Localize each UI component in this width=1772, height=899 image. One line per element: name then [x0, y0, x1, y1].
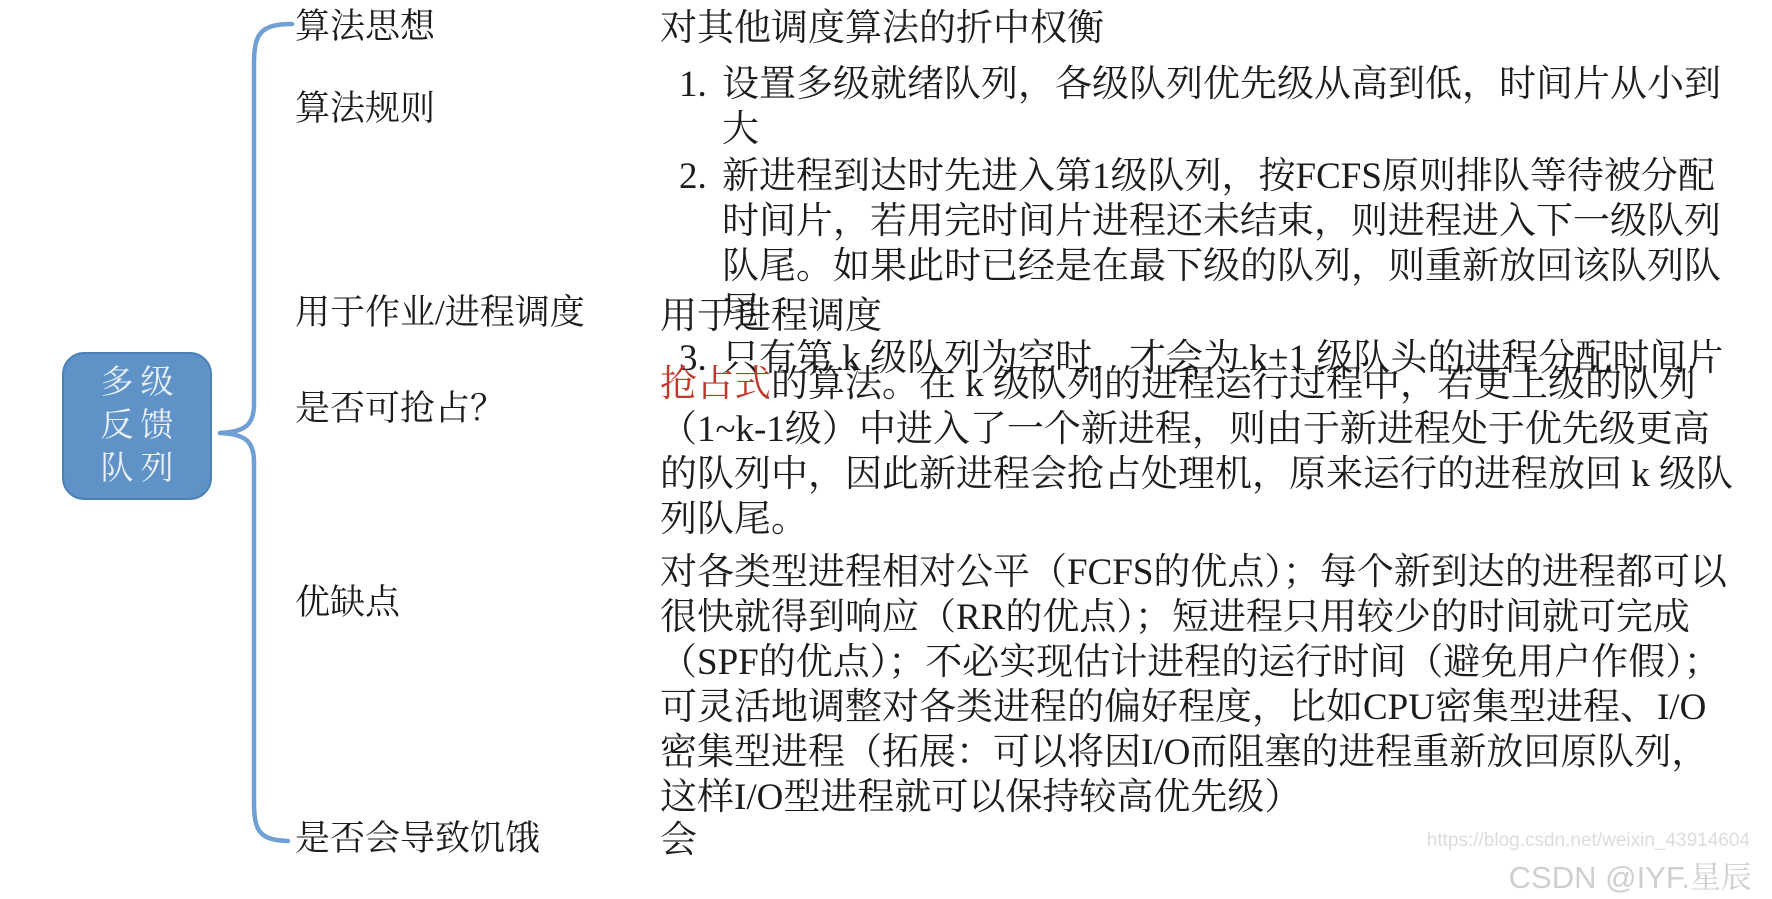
content-pros-cons: 对各类型进程相对公平（FCFS的优点）；每个新到达的进程都可以很快就得到响应（R…	[660, 550, 1735, 820]
watermark-url: https://blog.csdn.net/weixin_43914604	[1427, 830, 1750, 852]
root-node-line-3: 队列	[94, 448, 181, 491]
content-preemptive: 抢占式的算法。在 k 级队列的进程运行过程中，若更上级的队列（1~k-1级）中进…	[660, 362, 1735, 542]
root-node-line-1: 多级	[94, 362, 181, 405]
label-pros-cons: 优缺点	[295, 582, 400, 624]
root-node: 多级 反馈 队列	[62, 352, 212, 500]
watermark-csdn-handle: CSDN @IYF.星辰	[1509, 852, 1752, 897]
label-starvation: 是否会导致饥饿	[295, 818, 540, 860]
content-scheduling-scope: 用于进程调度	[660, 294, 1735, 339]
root-node-line-2: 反馈	[94, 405, 181, 448]
content-algorithm-idea: 对其他调度算法的折中权衡	[660, 6, 1735, 51]
brace-path	[220, 24, 292, 841]
label-algorithm-idea: 算法思想	[295, 6, 435, 48]
label-preemptive: 是否可抢占？	[295, 388, 505, 430]
mindmap-canvas: 多级 反馈 队列 算法思想 对其他调度算法的折中权衡 算法规则 设置多级就绪队列…	[0, 0, 1772, 899]
label-scheduling-scope: 用于作业/进程调度	[295, 292, 585, 334]
preemptive-highlight: 抢占式	[660, 364, 771, 405]
label-algorithm-rules: 算法规则	[295, 88, 435, 130]
rule-item-1: 设置多级就绪队列，各级队列优先级从高到低，时间片从小到大	[716, 62, 1735, 152]
preemptive-text: 的算法。在 k 级队列的进程运行过程中，若更上级的队列（1~k-1级）中进入了一…	[660, 364, 1733, 540]
